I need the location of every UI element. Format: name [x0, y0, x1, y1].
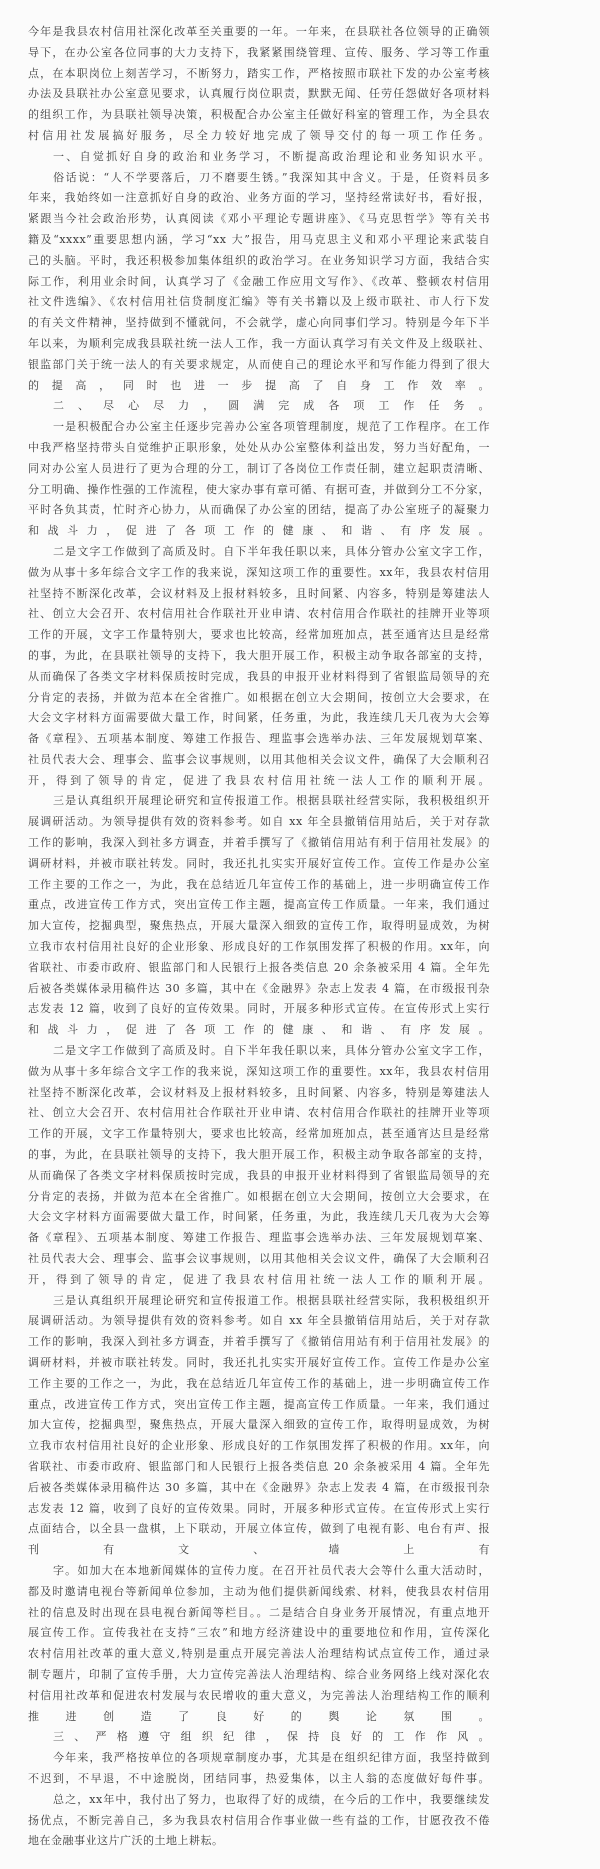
document-line: 的事，为此，在县联社领导的支持下，我大胆开展工作，积极主动争取各部室的支持，: [28, 1145, 490, 1166]
document-line: 省联社、市委市政府、银监部门和人民银行上报各类信息 20 余条被采用 4 篇。全…: [28, 1457, 490, 1478]
document-line: 志发表 12 篇，收到了良好的宣传效果。同时，开展多种形式宣传。在宣传形式上实行: [28, 999, 490, 1020]
document-line: 社员代表大会、理事会、监事会议事规则，以用其他相关会议文件，确保了大会顺利召: [28, 750, 490, 771]
document-line: 今年来，我严格按单位的各项规章制度办事，尤其是在组织纪律方面，我坚持做到: [28, 1748, 490, 1769]
document-line: 同对办公室人员进行了更为合理的分工，制订了各岗位工作责任制，建立起职责清晰、: [28, 459, 490, 480]
document-line: 备《章程》、五项基本制度、筹建工作报告、理监事会选举办法、三年发展规划草案、: [28, 1228, 490, 1249]
document-line: 社坚持不断深化改革，会议材料及上报材料较多，且时间紧、内容多，特别是筹建法人: [28, 584, 490, 605]
document-line: 年以来，为顺利完成我县联社统一法人工作，我一方面认真学习有关文件及上级联社、: [28, 334, 490, 355]
document-line: 今年是我县农村信用社深化改革至关重要的一年。一年来，在县联社各位领导的正确领: [28, 22, 490, 43]
document-line: 和战斗力，促进了各项工作的健康、和谐、有序发展。: [28, 521, 490, 542]
document-line: 分工明确、操作性强的工作流程，使大家办事有章可循、有据可查，并做到分工不分家，: [28, 480, 490, 501]
document-line: 刊有文、墙上有: [28, 1540, 490, 1561]
document-line: 后被各类媒体录用稿件达 30 多篇，其中在《金融界》杂志上发表 4 篇，在市级报…: [28, 1478, 490, 1499]
document-line: 开，得到了领导的肯定，促进了我县农村信用社统一法人工作的顺利开展。: [28, 1270, 490, 1291]
document-line: 三是认真组织开展理论研究和宣传报道工作。根据县联社经营实际，我积极组织开: [28, 1291, 490, 1312]
document-line: 社、创立大会召开、农村信用社合作联社开业申请、农村信用合作联社的挂牌开业等项: [28, 604, 490, 625]
document-body: 今年是我县农村信用社深化改革至关重要的一年。一年来，在县联社各位领导的正确领导下…: [28, 22, 490, 1852]
document-line: 字。如加大在本地新闻媒体的宣传力度。在召开社员代表大会等什么重大活动时，: [28, 1561, 490, 1582]
document-line: 总之，xx年中，我付出了努力，也取得了好的成绩，在今后的工作中，我要继续发: [28, 1790, 490, 1811]
document-line: 工作主要的工作之一，为此，我在总结近几年宣传工作的基础上，进一步明确宣传工作: [28, 1374, 490, 1395]
document-line: 的提高，同时也进一步提高了自身工作效率。: [28, 376, 490, 397]
document-line: 导下，在办公室各位同事的大力支持下，我紧紧围绕管理、宣传、服务、学习等工作重: [28, 43, 490, 64]
document-line: 从而确保了各类文字材料保质按时完成，我县的申报开业材料得到了省银监局领导的充: [28, 1166, 490, 1187]
document-line: 从而确保了各类文字材料保质按时完成，我县的申报开业材料得到了省银监局领导的充: [28, 667, 490, 688]
document-line: 制专题片，印制了宣传手册，大力宣传完善法人治理结构、综合业务网络上线对深化农: [28, 1665, 490, 1686]
document-line: 重点，改进宣传工作方式，突出宣传工作主题，提高宣传工作质量。一年来，我们通过: [28, 895, 490, 916]
document-line: 社坚持不断深化改革，会议材料及上报材料较多，且时间紧、内容多，特别是筹建法人: [28, 1083, 490, 1104]
document-line: 加大宣传，挖掘典型，聚焦热点，开展大量深入细致的宣传工作，取得明显成效，为树: [28, 1415, 490, 1436]
document-page: 今年是我县农村信用社深化改革至关重要的一年。一年来，在县联社各位领导的正确领导下…: [0, 0, 600, 1869]
document-line: 一、自觉抓好自身的政治和业务学习，不断提高政治理论和业务知识水平。: [28, 147, 490, 168]
document-line: 银监部门关于统一法人的有关要求规定，从而使自己的理论水平和写作能力得到了很大: [28, 355, 490, 376]
document-line: 村信用社改革和促进农村发展与农民增收的重大意义，为完善法人治理结构工作的顺利: [28, 1686, 490, 1707]
document-line: 工作的开展，文字工作量特别大，要求也比较高，经常加班加点，甚至通宵达旦是经常: [28, 625, 490, 646]
document-line: 做为从事十多年综合文字工作的我来说，深知这项工作的重要性。xx年，我县农村信用: [28, 563, 490, 584]
document-line: 社的信息及时出现在县电视台新闻等栏目。。二是结合自身业务开展情况，有重点地开: [28, 1603, 490, 1624]
document-line: 调研材料，并被市联社转发。同时，我还扎扎实实开展好宣传工作。宣传工作是办公室: [28, 854, 490, 875]
document-line: 办法及县联社办公室意见要求，认真履行岗位职责，默默无闻、任劳任怨做好各项材料: [28, 84, 490, 105]
document-line: 分肯定的表扬，并做为范本在全省推广。如根据在创立大会期间，按创立大会要求，在: [28, 1187, 490, 1208]
document-line: 年来，我始终如一注意抓好自身的政治、业务方面的学习，坚持经常读好书，看好报，: [28, 188, 490, 209]
document-line: 重点，改进宣传工作方式，突出宣传工作主题，提高宣传工作质量。一年来，我们通过: [28, 1395, 490, 1416]
document-line: 做为从事十多年综合文字工作的我来说，深知这项工作的重要性。xx年，我县农村信用: [28, 1062, 490, 1083]
document-line: 农村信用社改革的重大意义,特别是重点开展完善法人治理结构试点宣传工作，通过录: [28, 1644, 490, 1665]
document-line: 的有关文件精神，坚持做到不懂就问，不会就学，虚心向同事们学习。特别是今年下半: [28, 313, 490, 334]
document-line: 平时各负其责，忙时齐心协力，从而确保了办公室的团结，提高了办公室班子的凝聚力: [28, 500, 490, 521]
document-line: 二是文字工作做到了高质及时。自下半年我任职以来，具体分管办公室文字工作，: [28, 542, 490, 563]
document-line: 推进创造了良好的舆论氛围。: [28, 1707, 490, 1728]
document-line: 社、创立大会召开、农村信用社合作联社开业申请、农村信用合作联社的挂牌开业等项: [28, 1103, 490, 1124]
document-line: 工作的影响，我深入到社多方调查，并着手撰写了《撤销信用站有利于信用社发展》的: [28, 833, 490, 854]
document-line: 俗话说：“人不学要落后，刀不磨要生锈。”我深知其中含义。于是，任资料员多: [28, 168, 490, 189]
document-line: 三、严格遵守组织纪律，保持良好的工作作风。: [28, 1727, 490, 1748]
document-line: 立我市农村信用社良好的企业形象、形成良好的工作氛围发挥了积极的作用。xx年，向: [28, 937, 490, 958]
document-line: 和战斗力，促进了各项工作的健康、和谐、有序发展。: [28, 1020, 490, 1041]
document-line: 展调研活动。为领导提供有效的资料参考。如自 xx 年全县撤销信用站后，关于对存款: [28, 812, 490, 833]
document-line: 大会文字材料方面需要做大量工作，时间紧，任务重，为此，我连续几天几夜为大会筹: [28, 708, 490, 729]
document-line: 籍及“xxxx”重要思想内涵，学习“xx 大”报告，用马克思主义和邓小平理论来武…: [28, 230, 490, 251]
document-line: 的组织工作，为县联社领导决策，积极配合办公室主任做好科室的管理工作，为全县农: [28, 105, 490, 126]
document-line: 展宣传工作。宣传我社在支持“三农”和地方经济建设中的重要地位和作用，宣传深化: [28, 1623, 490, 1644]
document-line: 扬优点，不断完善自己，多为我县农村信用合作事业做一些有益的工作，甘愿孜孜不倦: [28, 1811, 490, 1832]
document-line: 志发表 12 篇，收到了良好的宣传效果。同时，开展多种形式宣传。在宣传形式上实行: [28, 1499, 490, 1520]
document-line: 社员代表大会、理事会、监事会议事规则，以用其他相关会议文件，确保了大会顺利召: [28, 1249, 490, 1270]
document-line: 备《章程》、五项基本制度、筹建工作报告、理监事会选举办法、三年发展规划草案、: [28, 729, 490, 750]
document-line: 都及时邀请电视台等新闻单位参加，主动为他们提供新闻线索、材料，使我县农村信用: [28, 1582, 490, 1603]
document-line: 开，得到了领导的肯定，促进了我县农村信用社统一法人工作的顺利开展。: [28, 771, 490, 792]
document-line: 工作的影响，我深入到社多方调查，并着手撰写了《撤销信用站有利于信用社发展》的: [28, 1332, 490, 1353]
document-line: 一是积极配合办公室主任逐步完善办公室各项管理制度，规范了工作程序。在工作: [28, 417, 490, 438]
document-line: 地在金融事业这片广沃的土地上耕耘。: [28, 1831, 490, 1852]
document-line: 村信用社发展搞好服务，尽全力较好地完成了领导交付的每一项工作任务。: [28, 126, 490, 147]
document-line: 点，在本职岗位上刻苦学习，不断努力，踏实工作，严格按照市联社下发的办公室考核: [28, 64, 490, 85]
document-line: 不迟到，不早退，不中途脱岗，团结同事，热爱集体，以主人翁的态度做好每件事。: [28, 1769, 490, 1790]
document-line: 三是认真组织开展理论研究和宣传报道工作。根据县联社经营实际，我积极组织开: [28, 791, 490, 812]
document-line: 分肯定的表扬，并做为范本在全省推广。如根据在创立大会期间，按创立大会要求，在: [28, 688, 490, 709]
document-line: 二是文字工作做到了高质及时。自下半年我任职以来，具体分管办公室文字工作，: [28, 1041, 490, 1062]
document-line: 工作主要的工作之一，为此，我在总结近几年宣传工作的基础上，进一步明确宣传工作: [28, 875, 490, 896]
document-line: 点面结合，以全县一盘棋，上下联动，开展立体宣传，做到了电视有影、电台有声、报: [28, 1519, 490, 1540]
document-line: 大会文字材料方面需要做大量工作，时间紧，任务重，为此，我连续几天几夜为大会筹: [28, 1207, 490, 1228]
document-line: 省联社、市委市政府、银监部门和人民银行上报各类信息 20 余条被采用 4 篇。全…: [28, 958, 490, 979]
document-line: 的事，为此，在县联社领导的支持下，我大胆开展工作，积极主动争取各部室的支持，: [28, 646, 490, 667]
document-line: 际工作，利用业余时间，认真学习了《金融工作应用文写作》、《改革、整顿农村信用: [28, 272, 490, 293]
document-line: 中我严格坚持带头自觉维护正职形象，处处从办公室整体利益出发，努力当好配角，一: [28, 438, 490, 459]
document-line: 调研材料，并被市联社转发。同时，我还扎扎实实开展好宣传工作。宣传工作是办公室: [28, 1353, 490, 1374]
document-line: 后被各类媒体录用稿件达 30 多篇，其中在《金融界》杂志上发表 4 篇，在市级报…: [28, 979, 490, 1000]
document-line: 二、尽心尽力，圆满完成各项工作任务。: [28, 396, 490, 417]
document-line: 工作的开展，文字工作量特别大，要求也比较高，经常加班加点，甚至通宵达旦是经常: [28, 1124, 490, 1145]
document-line: 己的头脑。平时，我还积极参加集体组织的政治学习。在业务知识学习方面，我结合实: [28, 251, 490, 272]
document-line: 立我市农村信用社良好的企业形象、形成良好的工作氛围发挥了积极的作用。xx年，向: [28, 1436, 490, 1457]
document-line: 紧跟当今社会政治形势，认真阅读《邓小平理论专题讲座》、《马克思哲学》等有关书: [28, 209, 490, 230]
document-line: 展调研活动。为领导提供有效的资料参考。如自 xx 年全县撤销信用站后，关于对存款: [28, 1311, 490, 1332]
document-line: 社文件选编》、《农村信用社信贷制度汇编》等有关书籍以及上级市联社、市人行下发: [28, 292, 490, 313]
document-line: 加大宣传，挖掘典型，聚焦热点，开展大量深入细致的宣传工作，取得明显成效，为树: [28, 916, 490, 937]
